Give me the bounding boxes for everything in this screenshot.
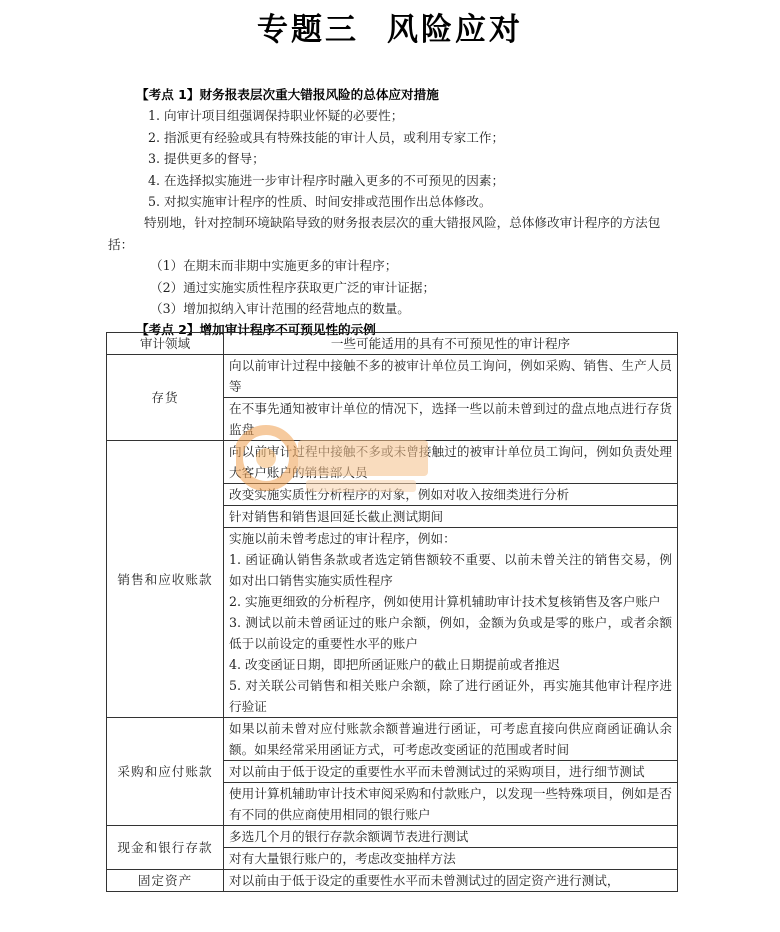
procedure-cell: 对有大量银行账户的，考虑改变抽样方法	[224, 848, 678, 870]
method-item-2: （2）通过实施实质性程序获取更广泛的审计证据；	[150, 277, 680, 298]
audit-area-cell: 固定资产	[107, 870, 224, 892]
unpredictability-examples-table: 审计领域 一些可能适用的具有不可预见性的审计程序 存货 向以前审计过程中接触不多…	[106, 332, 678, 892]
procedure-cell: 向以前审计过程中接触不多的被审计单位员工询问，例如采购、销售、生产人员等	[224, 355, 678, 398]
document-page: 专题三风险应对 【考点 1】财务报表层次重大错报风险的总体应对措施 1. 向审计…	[0, 0, 780, 932]
procedure-cell: 使用计算机辅助审计技术审阅采购和付款账户，以发现一些特殊项目，例如是否有不同的供…	[224, 783, 678, 826]
method-item-3: （3）增加拟纳入审计范围的经营地点的数量。	[150, 298, 680, 319]
column-header-audit-area: 审计领域	[107, 333, 224, 355]
audit-area-cell: 采购和应付账款	[107, 718, 224, 826]
table-row: 现金和银行存款 多选几个月的银行存款余额调节表进行测试	[107, 826, 678, 848]
procedure-cell: 对以前由于低于设定的重要性水平而未曾测试过的采购项目，进行细节测试	[224, 761, 678, 783]
procedure-cell: 改变实施实质性分析程序的对象，例如对收入按细类进行分析	[224, 484, 678, 506]
table-row: 采购和应付账款 如果以前未曾对应付账款余额普遍进行函证，可考虑直接向供应商函证确…	[107, 718, 678, 761]
measure-item-2: 2. 指派更有经验或具有特殊技能的审计人员，或利用专家工作；	[148, 127, 680, 148]
procedure-cell: 针对销售和销售退回延长截止测试期间	[224, 506, 678, 528]
title-topic-number: 专题三	[257, 12, 359, 48]
procedure-cell: 如果以前未曾对应付账款余额普遍进行函证，可考虑直接向供应商函证确认余额。如果经常…	[224, 718, 678, 761]
measure-item-4: 4. 在选择拟实施进一步审计程序时融入更多的不可预见的因素；	[148, 170, 680, 191]
title-topic-name: 风险应对	[387, 12, 523, 48]
section-1-heading: 【考点 1】财务报表层次重大错报风险的总体应对措施	[136, 84, 680, 105]
procedure-cell: 在不事先通知被审计单位的情况下，选择一些以前未曾到过的盘点地点进行存货监盘	[224, 398, 678, 441]
column-header-procedures: 一些可能适用的具有不可预见性的审计程序	[224, 333, 678, 355]
special-paragraph: 特别地，针对控制环境缺陷导致的财务报表层次的重大错报风险，总体修改审计程序的方法…	[108, 212, 680, 255]
audit-area-cell: 存货	[107, 355, 224, 441]
table-row: 固定资产 对以前由于低于设定的重要性水平而未曾测试过的固定资产进行测试，	[107, 870, 678, 892]
table-row: 存货 向以前审计过程中接触不多的被审计单位员工询问，例如采购、销售、生产人员等	[107, 355, 678, 398]
measure-item-1: 1. 向审计项目组强调保持职业怀疑的必要性；	[148, 105, 680, 126]
audit-area-cell: 现金和银行存款	[107, 826, 224, 870]
measure-item-3: 3. 提供更多的督导；	[148, 148, 680, 169]
page-title: 专题三风险应对	[0, 8, 780, 52]
procedure-cell: 多选几个月的银行存款余额调节表进行测试	[224, 826, 678, 848]
table-header-row: 审计领域 一些可能适用的具有不可预见性的审计程序	[107, 333, 678, 355]
table-row: 销售和应收账款 向以前审计过程中接触不多或未曾接触过的被审计单位员工询问，例如负…	[107, 441, 678, 484]
measure-item-5: 5. 对拟实施审计程序的性质、时间安排或范围作出总体修改。	[148, 191, 680, 212]
procedure-cell: 对以前由于低于设定的重要性水平而未曾测试过的固定资产进行测试，	[224, 870, 678, 892]
section-key-point-1: 【考点 1】财务报表层次重大错报风险的总体应对措施 1. 向审计项目组强调保持职…	[108, 84, 680, 341]
procedure-cell: 实施以前未曾考虑过的审计程序，例如： 1. 函证确认销售条款或者选定销售额较不重…	[224, 528, 678, 718]
audit-area-cell: 销售和应收账款	[107, 441, 224, 718]
procedure-cell: 向以前审计过程中接触不多或未曾接触过的被审计单位员工询问，例如负责处理大客户账户…	[224, 441, 678, 484]
method-item-1: （1）在期末而非期中实施更多的审计程序；	[150, 255, 680, 276]
